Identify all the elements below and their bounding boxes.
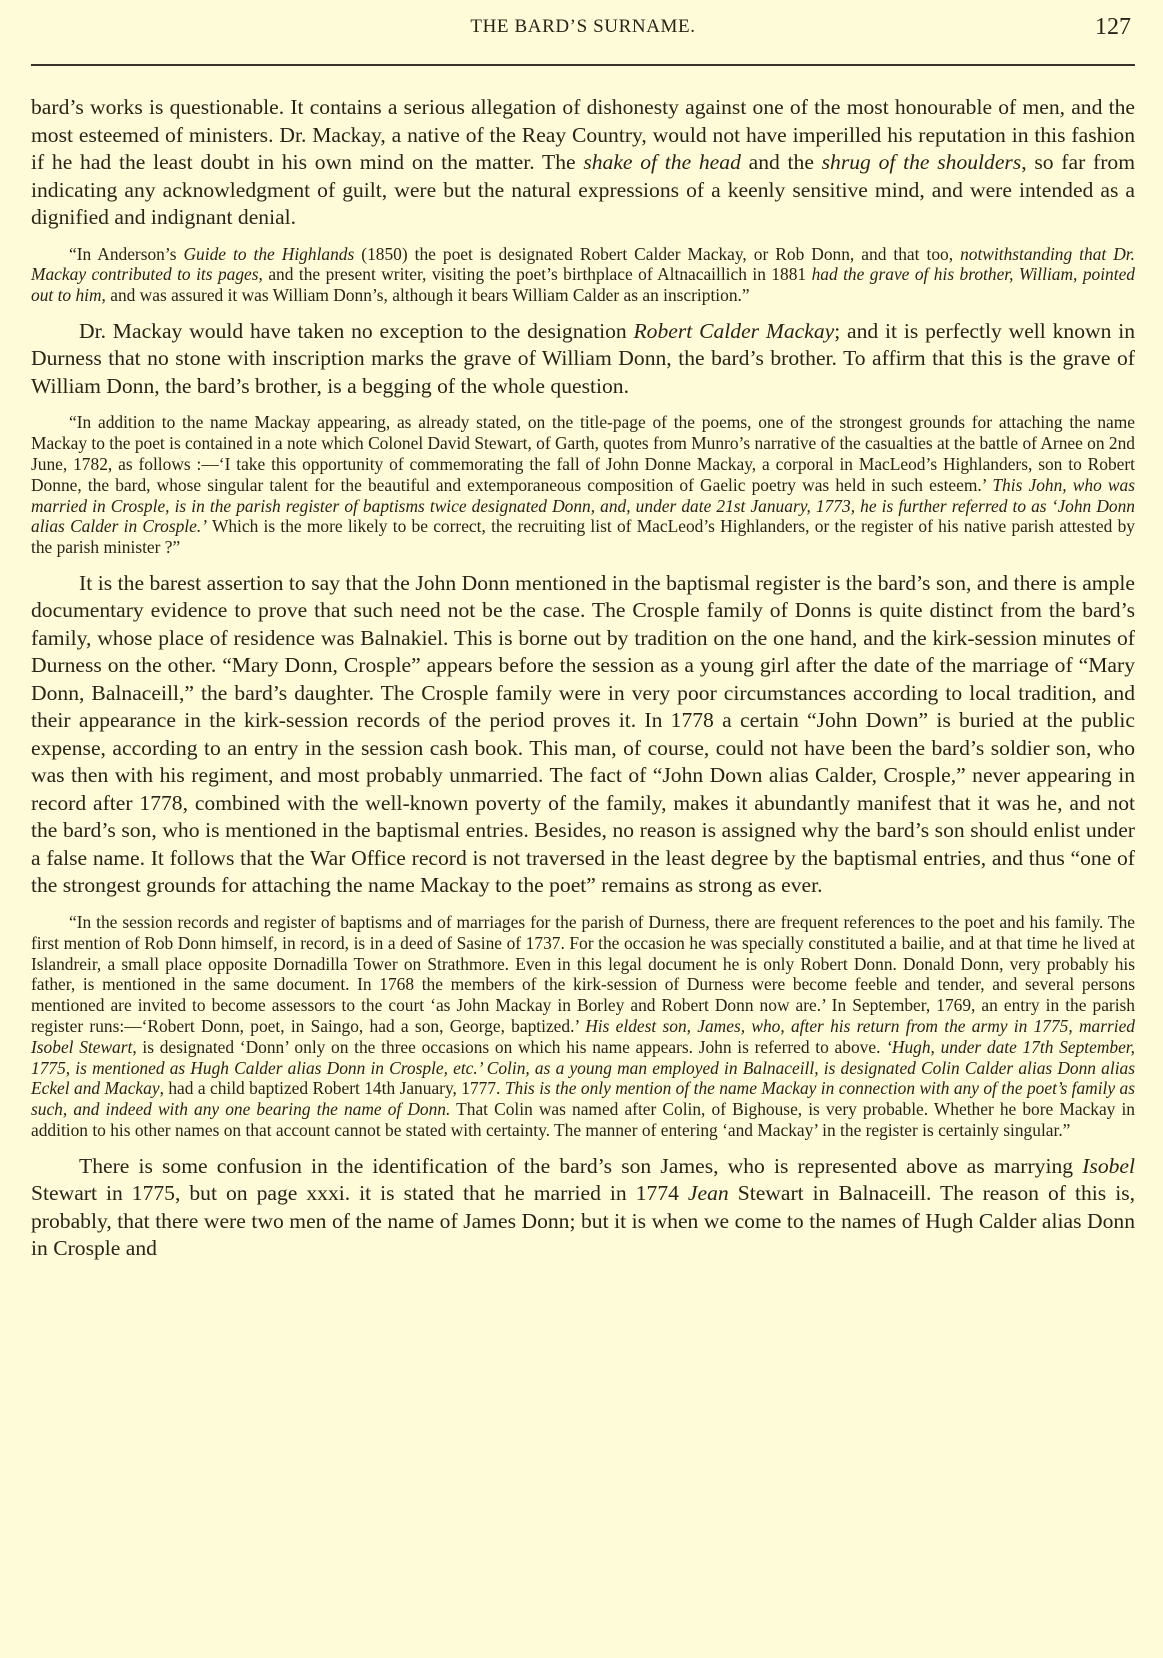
text-run: (1850) the poet is designated Robert Cal… (354, 244, 960, 264)
book-page: THE BARD’S SURNAME. 127 bard’s works is … (31, 0, 1135, 60)
text-run: , had a child baptized Robert 14th Janua… (160, 1078, 505, 1098)
text-run: and the (741, 150, 822, 174)
page-body: bard’s works is questionable. It contain… (31, 94, 1135, 1263)
text-run: There is some confusion in the identific… (79, 1154, 1082, 1178)
italic-text: Isobel (1082, 1154, 1135, 1178)
italic-text: Guide to the Highlands (183, 244, 354, 264)
text-run: , is designated ‘Donn’ only on the three… (132, 1037, 886, 1057)
text-run: “In Anderson’s (69, 244, 183, 264)
text-run: Stewart in 1775, but on page xxxi. it is… (31, 1181, 688, 1205)
body-paragraph: bard’s works is questionable. It contain… (31, 94, 1135, 232)
italic-text: Jean (688, 1181, 729, 1205)
italic-text: shake of the head (583, 150, 741, 174)
page-number: 127 (1095, 14, 1131, 41)
italic-text: shrug of the shoulders (822, 150, 1022, 174)
italic-text: Robert Calder Mackay (633, 319, 834, 343)
text-run: Dr. Mackay would have taken no exception… (79, 319, 633, 343)
body-paragraph: It is the barest assertion to say that t… (31, 570, 1135, 900)
body-paragraph: There is some confusion in the identific… (31, 1153, 1135, 1263)
text-run: It is the barest assertion to say that t… (31, 571, 1135, 898)
running-title: THE BARD’S SURNAME. (31, 16, 1135, 38)
page-header: THE BARD’S SURNAME. 127 (31, 0, 1135, 60)
header-rule (31, 64, 1135, 66)
text-run: “In addition to the name Mackay appearin… (31, 412, 1135, 494)
block-quote: “In the session records and register of … (31, 912, 1135, 1141)
block-quote: “In Anderson’s Guide to the Highlands (1… (31, 244, 1135, 306)
body-paragraph: Dr. Mackay would have taken no exception… (31, 318, 1135, 401)
text-run: , and was assured it was William Donn’s,… (102, 285, 750, 305)
block-quote: “In addition to the name Mackay appearin… (31, 412, 1135, 558)
text-run: , and the present writer, visiting the p… (259, 264, 812, 284)
